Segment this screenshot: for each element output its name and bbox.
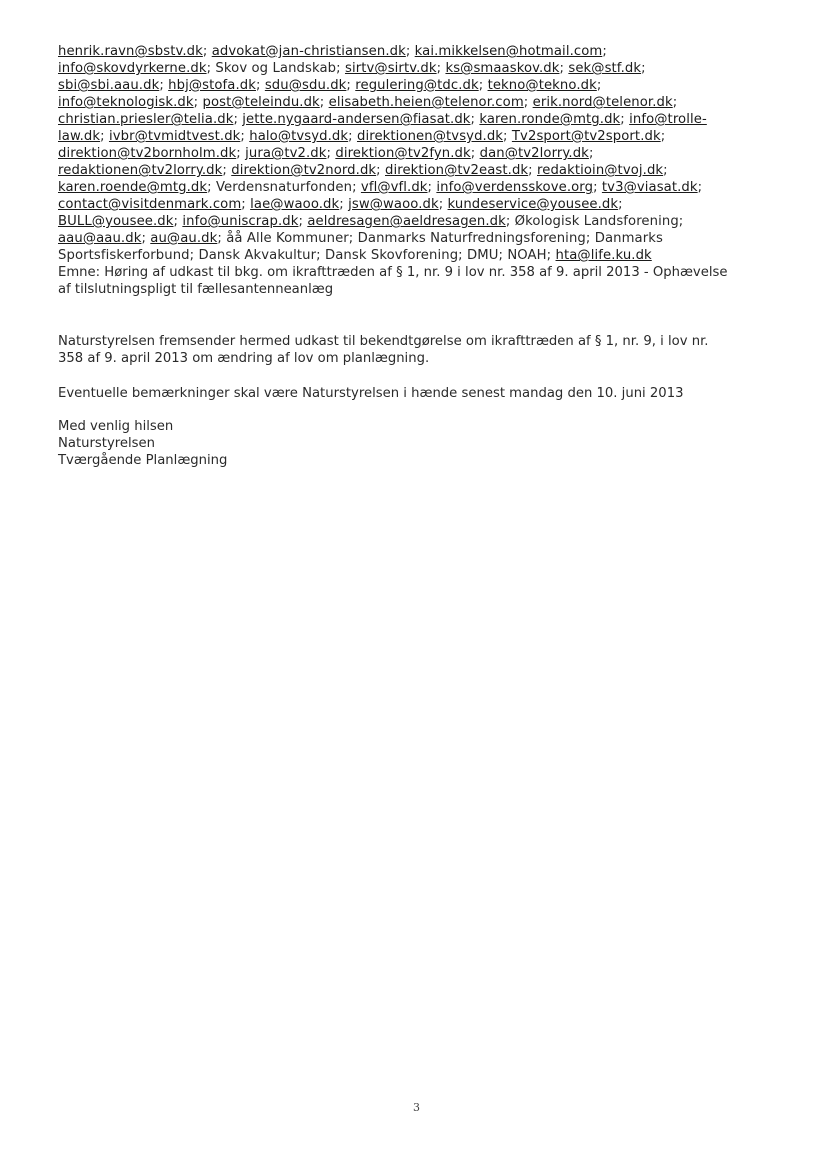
signature-block: Med venlig hilsen Naturstyrelsen Tværgåe… [58, 418, 798, 469]
email-link[interactable]: kai.mikkelsen@hotmail.com [415, 44, 603, 59]
email-link[interactable]: sbi@sbi.aau.dk [58, 78, 159, 93]
recipient-text: ; [194, 95, 203, 110]
recipient-text: ; [479, 78, 488, 93]
email-link[interactable]: christian.priesler@telia.dk [58, 112, 233, 127]
recipient-line: BULL@yousee.dk; info@uniscrap.dk; aeldre… [58, 213, 798, 230]
email-link[interactable]: direktion@tv2bornholm.dk [58, 146, 236, 161]
recipient-text: Sportsfiskerforbund; Dansk Akvakultur; D… [58, 248, 556, 263]
recipient-text: ; [471, 146, 480, 161]
recipient-text: ; [346, 78, 355, 93]
recipient-text: ; [528, 163, 537, 178]
recipient-text: ; [698, 180, 703, 195]
email-link[interactable]: info@teknologisk.dk [58, 95, 194, 110]
email-link[interactable]: dan@tv2lorry.dk [480, 146, 589, 161]
recipient-text: ; [298, 214, 307, 229]
email-link[interactable]: post@teleindu.dk [203, 95, 320, 110]
email-link[interactable]: contact@visitdenmark.com [58, 197, 241, 212]
recipient-text: ; [240, 129, 249, 144]
email-link[interactable]: info@verdensskove.org [436, 180, 593, 195]
recipient-text: ; [348, 129, 357, 144]
body-paragraph-1-line-1: Naturstyrelsen fremsender hermed udkast … [58, 333, 798, 350]
email-link[interactable]: sdu@sdu.dk [265, 78, 347, 93]
recipient-line: info@skovdyrkerne.dk; Skov og Landskab; … [58, 60, 798, 77]
email-link[interactable]: au@au.dk [150, 231, 217, 246]
subject-line-2: af tilslutningspligt til fællesantennean… [58, 281, 798, 298]
recipient-text: ; [641, 61, 646, 76]
body-paragraph-1-line-2: 358 af 9. april 2013 om ændring af lov o… [58, 350, 798, 367]
email-link[interactable]: tekno@tekno.dk [488, 78, 597, 93]
signature-greeting: Med venlig hilsen [58, 418, 798, 435]
email-link[interactable]: aau@aau.dk [58, 231, 141, 246]
email-link[interactable]: sek@stf.dk [568, 61, 641, 76]
recipient-text: ; [673, 95, 678, 110]
recipient-text: ; [503, 129, 512, 144]
email-link[interactable]: erik.nord@telenor.dk [533, 95, 673, 110]
email-link[interactable]: karen.roende@mtg.dk [58, 180, 207, 195]
email-link[interactable]: redaktioin@tvoj.dk [537, 163, 663, 178]
recipient-text: ; [376, 163, 385, 178]
email-link[interactable]: sirtv@sirtv.dk [345, 61, 437, 76]
recipient-text: ; [141, 231, 150, 246]
signature-org: Naturstyrelsen [58, 435, 798, 452]
email-link[interactable]: hbj@stofa.dk [168, 78, 256, 93]
recipient-text: ; [222, 163, 231, 178]
recipient-line: redaktionen@tv2lorry.dk; direktion@tv2no… [58, 162, 798, 179]
email-link[interactable]: aeldresagen@aeldresagen.dk [307, 214, 506, 229]
recipient-text: ; Økologisk Landsforening; [506, 214, 684, 229]
email-link[interactable]: ivbr@tvmidtvest.dk [109, 129, 240, 144]
recipient-text: ; [663, 163, 668, 178]
email-link[interactable]: jette.nygaard-andersen@fiasat.dk [242, 112, 470, 127]
email-link[interactable]: redaktionen@tv2lorry.dk [58, 163, 222, 178]
email-link[interactable]: advokat@jan-christiansen.dk [212, 44, 406, 59]
recipient-text: ; Skov og Landskab; [207, 61, 345, 76]
recipient-line: aau@aau.dk; au@au.dk; åå Alle Kommuner; … [58, 230, 798, 247]
body-paragraph-2: Eventuelle bemærkninger skal være Naturs… [58, 385, 798, 402]
recipient-text: ; åå Alle Kommuner; Danmarks Naturfredni… [217, 231, 663, 246]
email-link[interactable]: direktion@tv2nord.dk [231, 163, 376, 178]
recipient-text: ; [236, 146, 245, 161]
recipient-text: ; [320, 95, 329, 110]
recipient-text: ; [593, 180, 602, 195]
subject-line: Emne: Høring af udkast til bkg. om ikraf… [58, 264, 798, 298]
recipient-text: ; [439, 197, 448, 212]
email-link[interactable]: info@skovdyrkerne.dk [58, 61, 207, 76]
email-link[interactable]: elisabeth.heien@telenor.com [329, 95, 524, 110]
email-link[interactable]: henrik.ravn@sbstv.dk [58, 44, 203, 59]
email-link[interactable]: regulering@tdc.dk [355, 78, 478, 93]
recipient-text: ; [618, 197, 623, 212]
signature-dept: Tværgående Planlægning [58, 452, 798, 469]
recipient-text: ; [241, 197, 250, 212]
email-link[interactable]: lae@waoo.dk [250, 197, 339, 212]
email-link[interactable]: ks@smaaskov.dk [445, 61, 559, 76]
recipient-line: henrik.ravn@sbstv.dk; advokat@jan-christ… [58, 43, 798, 60]
email-link[interactable]: halo@tvsyd.dk [249, 129, 348, 144]
email-link[interactable]: direktion@tv2east.dk [385, 163, 528, 178]
email-link[interactable]: Tv2sport@tv2sport.dk [512, 129, 661, 144]
email-link[interactable]: direktionen@tvsyd.dk [357, 129, 503, 144]
recipient-line: info@teknologisk.dk; post@teleindu.dk; e… [58, 94, 798, 111]
email-link[interactable]: jsw@waoo.dk [348, 197, 439, 212]
recipient-text: ; [602, 44, 607, 59]
recipient-text: ; [203, 44, 212, 59]
email-link[interactable]: karen.ronde@mtg.dk [479, 112, 620, 127]
recipient-text: ; [661, 129, 666, 144]
email-link[interactable]: info@trolle- [629, 112, 707, 127]
page-number: 3 [413, 1101, 420, 1114]
recipient-text: ; [339, 197, 348, 212]
recipient-line: karen.roende@mtg.dk; Verdensnaturfonden;… [58, 179, 798, 196]
recipient-text: ; [597, 78, 602, 93]
recipient-line: christian.priesler@telia.dk; jette.nygaa… [58, 111, 798, 128]
recipient-text: ; [256, 78, 265, 93]
email-link[interactable]: hta@life.ku.dk [556, 248, 652, 263]
recipient-line: direktion@tv2bornholm.dk; jura@tv2.dk; d… [58, 145, 798, 162]
recipient-text: ; [524, 95, 533, 110]
recipient-line: contact@visitdenmark.com; lae@waoo.dk; j… [58, 196, 798, 213]
email-link[interactable]: tv3@viasat.dk [602, 180, 698, 195]
deadline-text: Eventuelle bemærkninger skal være Naturs… [58, 385, 798, 402]
recipient-text: ; Verdensnaturfonden; [207, 180, 361, 195]
recipient-text: ; [100, 129, 109, 144]
recipient-text: ; [589, 146, 594, 161]
recipient-line: law.dk; ivbr@tvmidtvest.dk; halo@tvsyd.d… [58, 128, 798, 145]
email-link[interactable]: BULL@yousee.dk [58, 214, 174, 229]
body-paragraph-1: Naturstyrelsen fremsender hermed udkast … [58, 333, 798, 367]
email-link[interactable]: law.dk [58, 129, 100, 144]
recipient-text: ; [620, 112, 629, 127]
recipient-list: henrik.ravn@sbstv.dk; advokat@jan-christ… [58, 43, 798, 264]
email-link[interactable]: info@uniscrap.dk [182, 214, 298, 229]
email-link[interactable]: vfl@vfl.dk [361, 180, 428, 195]
recipient-line: Sportsfiskerforbund; Dansk Akvakultur; D… [58, 247, 798, 264]
recipient-text: ; [233, 112, 242, 127]
subject-line-1: Emne: Høring af udkast til bkg. om ikraf… [58, 264, 798, 281]
email-link[interactable]: kundeservice@yousee.dk [448, 197, 619, 212]
recipient-text: ; [159, 78, 168, 93]
recipient-text: ; [406, 44, 415, 59]
email-link[interactable]: direktion@tv2fyn.dk [335, 146, 470, 161]
recipient-line: sbi@sbi.aau.dk; hbj@stofa.dk; sdu@sdu.dk… [58, 77, 798, 94]
email-link[interactable]: jura@tv2.dk [245, 146, 326, 161]
